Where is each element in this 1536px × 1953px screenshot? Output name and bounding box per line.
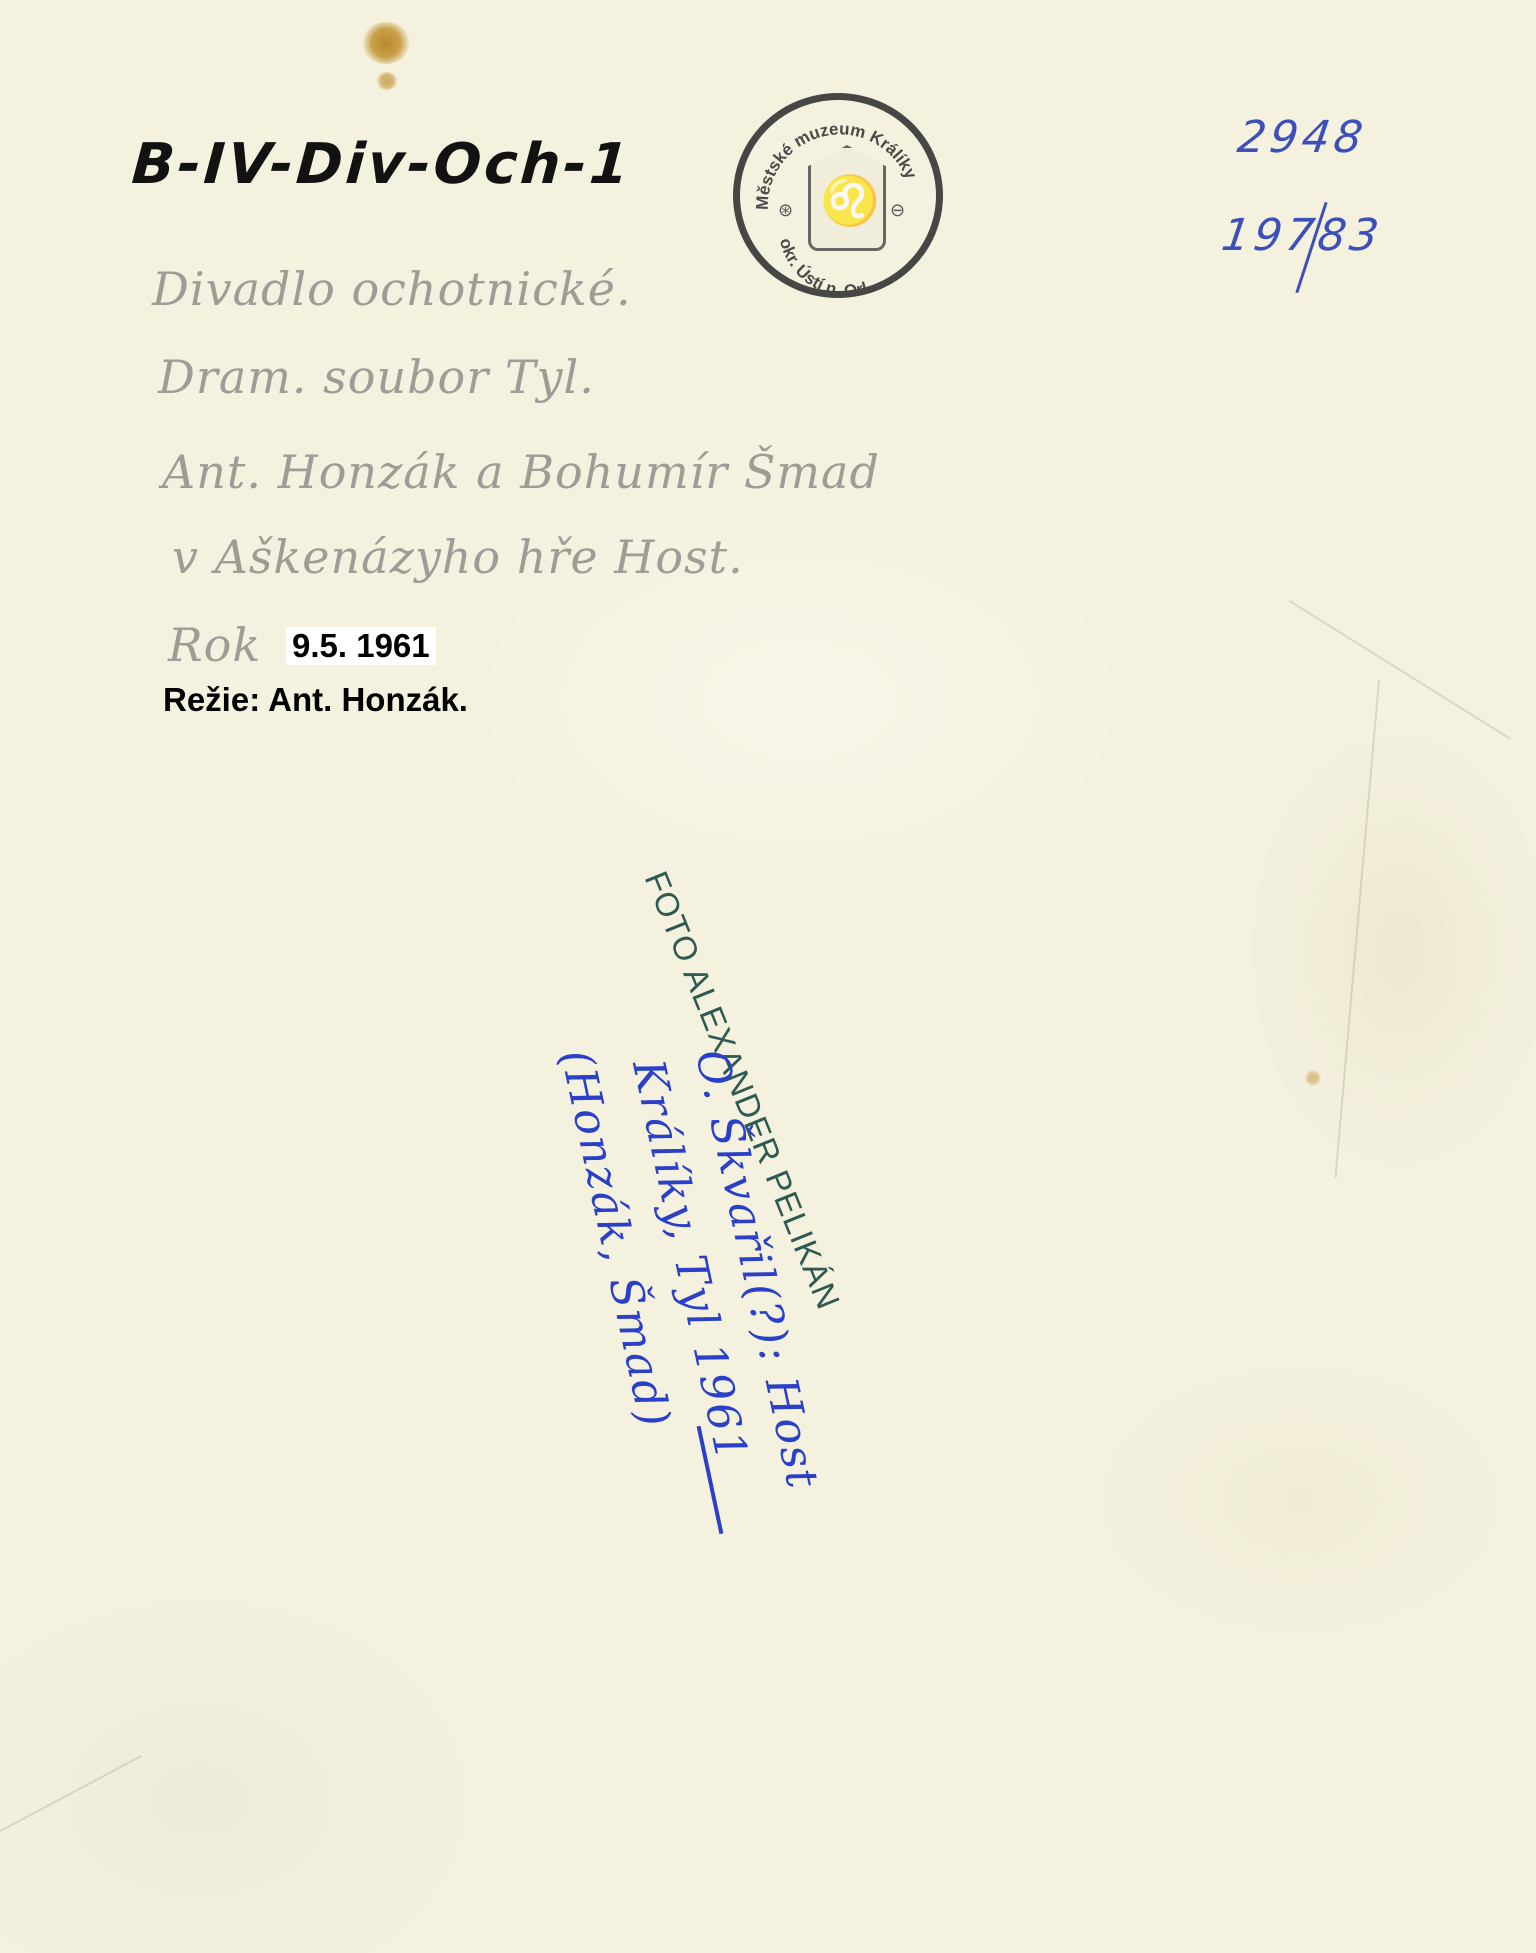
photo-back-card: B-IV-Div-Och-1 Městské muzeum Králíky ok… — [0, 0, 1536, 1953]
paper-crease — [1334, 680, 1380, 1178]
pencil-note-line-3: Ant. Honzák a Bohumír Šmad — [162, 445, 880, 499]
inventory-sub-number-right: 83 — [1314, 210, 1385, 261]
catalog-code: B-IV-Div-Och-1 — [130, 132, 634, 197]
paper-crease — [1289, 600, 1511, 739]
stamp-rosette-icon: ⊖ — [890, 200, 905, 221]
lion-shield-icon: ♌ — [820, 172, 880, 229]
typed-director-label: Režie: Ant. Honzák. — [163, 681, 468, 719]
pencil-note-line-1: Divadlo ochotnické. — [152, 262, 632, 316]
typed-date-label: 9.5. 1961 — [286, 627, 436, 665]
stamp-rosette-icon: ⊛ — [778, 200, 793, 221]
museum-stamp: Městské muzeum Králíky okr. Ústí n. Orl.… — [733, 93, 943, 298]
inventory-number: 2948 — [1234, 112, 1369, 163]
inventory-sub-number-left: 197 — [1218, 210, 1321, 261]
pencil-note-line-5: Rok — [168, 618, 261, 672]
rust-stain — [362, 22, 410, 64]
paper-crease — [0, 1755, 142, 1832]
pencil-note-line-2: Dram. soubor Tyl. — [158, 350, 595, 404]
pencil-note-line-4: v Aškenázyho hře Host. — [172, 530, 744, 584]
rust-stain-small — [376, 72, 398, 90]
foxing-spot — [1305, 1070, 1321, 1086]
